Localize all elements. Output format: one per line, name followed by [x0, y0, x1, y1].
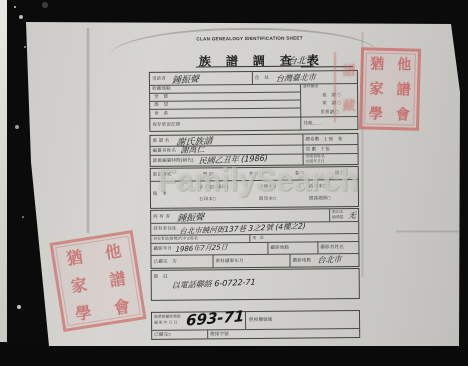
seal-char: 學	[62, 295, 105, 329]
complete-label: 已攝完 否	[154, 259, 178, 264]
roll-label-2: 攝 影 年 月 日	[154, 321, 177, 326]
photographer-label: 攝影者姓名	[320, 244, 344, 249]
category-header: 資料類別	[303, 84, 318, 89]
library-seal-top-right: 猶 他 家 譜 學 會	[359, 47, 421, 131]
seal-char: 學	[362, 101, 390, 127]
table-line	[207, 329, 208, 338]
familysearch-watermark: FamilySearch	[158, 163, 359, 199]
handwritten-place-note: 台北市	[287, 53, 315, 67]
seal-char: 譜	[390, 76, 418, 102]
phone-label: 電 話	[252, 236, 263, 241]
table-line	[302, 135, 303, 165]
table-line	[212, 254, 213, 267]
table-line	[329, 209, 330, 221]
row-label-1: 堂 號	[154, 94, 168, 99]
table-line	[252, 72, 253, 84]
roll-label-1: 縮微捲攝影號碼	[154, 315, 181, 320]
category-other: 其他＿＿	[303, 120, 322, 125]
table-line	[150, 92, 300, 94]
interviewee-label: 受訪者	[152, 76, 166, 81]
table-interviewee: 受訪者 鍾振聲 住 址 台灣臺北市 收藏地點 堂 號 郡 望 世 系 保存狀況記…	[149, 70, 359, 132]
interviewee-value: 鍾振聲	[172, 72, 200, 86]
seal-char: 家	[363, 76, 391, 102]
address-label: 住 址	[255, 75, 269, 80]
generation-label: 持有者是(第幾)代中文姓名	[153, 236, 197, 241]
table-line	[317, 241, 318, 253]
volumes-label: 總卷數 1 冊 卷	[305, 136, 342, 141]
condition-label: 保存狀況記錄	[152, 122, 180, 127]
seal-char: 譜	[342, 60, 355, 79]
pages-label: 頁 數 7 張	[306, 146, 330, 151]
table-line	[249, 234, 250, 242]
library-seal-bottom-left: 猶 他 家 譜 學 會	[49, 230, 146, 332]
table-line	[267, 242, 268, 254]
seal-char: 藏	[342, 95, 355, 114]
address-value: 台灣臺北市	[276, 72, 317, 85]
film-bottom-bar	[0, 346, 468, 366]
compiler-value: 謝禹仁	[180, 144, 205, 156]
roll-number-value: 693-71	[186, 307, 245, 330]
holder-label: 持 有 者	[153, 214, 170, 219]
notes-label: 備 註	[154, 274, 168, 279]
film-date-value: 1986年7月25日	[175, 242, 228, 254]
copy-label-2: 縮微捲	[332, 215, 343, 220]
compiler-label: 編纂者姓名	[153, 148, 177, 153]
seal-char: 猶	[363, 50, 391, 76]
table-line	[150, 116, 357, 119]
camera-label: 照相機號碼	[249, 317, 273, 322]
film-date-label: 攝影年月	[153, 246, 172, 251]
notes-value: 以電話聯絡 6-0722-71	[171, 276, 256, 291]
table-line	[300, 84, 301, 130]
continue-label: 資料攝畢年月	[216, 258, 244, 263]
table-genealogy-info: 族 譜 名 謝氏族譜 總卷數 1 冊 卷 編纂者姓名 謝禹仁 頁 數 7 張 最…	[149, 133, 358, 167]
form-header-english: CLAN GENEALOGY IDENTIFICATION SHEET	[194, 36, 306, 42]
table-line	[245, 312, 246, 329]
row-label-2: 郡 望	[154, 102, 168, 107]
seal-char: 會	[100, 289, 143, 323]
holder-address-label: 持有者住址	[153, 226, 177, 231]
series-label: 微捲字號	[210, 331, 229, 336]
holder-value: 鍾振聲	[177, 210, 205, 224]
seal-char: 他	[390, 51, 418, 77]
film-place-label: 攝影地點	[270, 245, 289, 250]
table-line	[289, 254, 290, 267]
row-label-3: 世 系	[154, 111, 168, 116]
library-seal-partial: 譜 藏	[334, 52, 362, 122]
genealogy-name-label: 族 譜 名	[152, 138, 169, 143]
collection-place-label: 收藏地點	[152, 86, 171, 91]
microfilm-frame: CLAN GENEALOGY IDENTIFICATION SHEET 族 譜 …	[0, 0, 468, 366]
place2-label: 攝影地點	[293, 257, 312, 262]
seal-char: 會	[389, 102, 417, 128]
notes-box: 備 註 以電話聯絡 6-0722-71	[151, 268, 360, 301]
place2-value: 台北市	[317, 254, 342, 266]
table-line	[150, 108, 300, 110]
table-line	[150, 100, 300, 102]
table-roll-number: 縮微捲攝影號碼 攝 影 年 月 日 693-71 照相機號碼 已攝完□ 微捲字號	[151, 310, 360, 340]
table-holder: 持 有 者 鍾振聲 影印本 縮微捲 无 持有者住址 台北市饒河街137巷 3之2…	[150, 208, 360, 269]
table-line	[152, 328, 359, 331]
done-label: 已攝完□	[154, 332, 171, 337]
copy-value: 无	[348, 210, 357, 221]
